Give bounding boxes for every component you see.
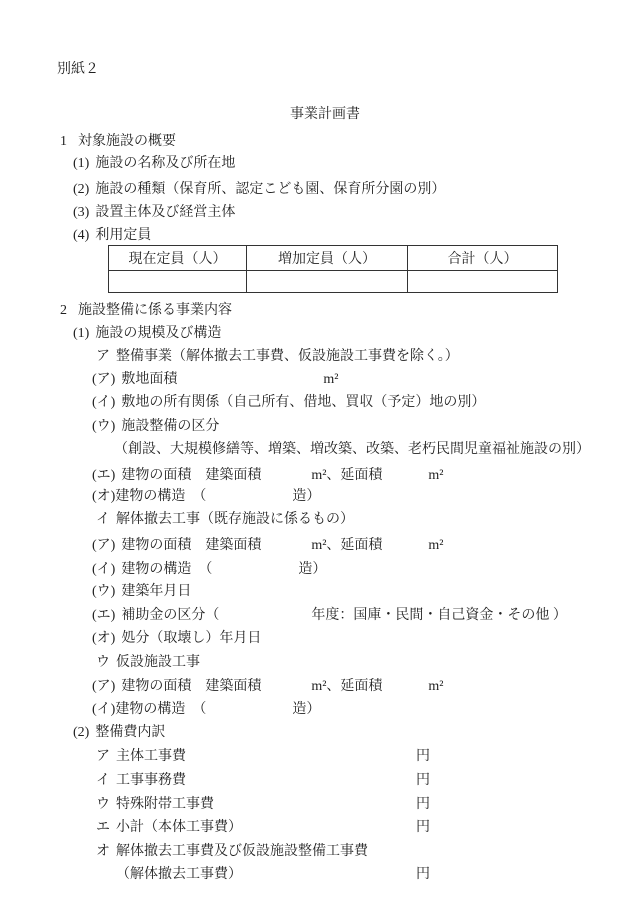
- cost-subtotal-label: 小計（本体工事費）: [116, 820, 242, 835]
- line-c-structure-close: 造）: [292, 702, 320, 717]
- group-c-heading: ウ仮設施設工事: [0, 653, 630, 673]
- line-b-subsidy-detail: 年度：国庫・民間・自己資金・その他 ）: [311, 608, 567, 623]
- capacity-col-current: 現在定員（人）: [109, 246, 247, 271]
- line-b-building-area-unit2: m²: [428, 538, 443, 553]
- capacity-cell-total: [408, 271, 558, 293]
- line-c-building-area-unit1: m²、延面積: [311, 679, 382, 694]
- cost-demolition-detail-unit: 円: [416, 865, 430, 885]
- section-1-title: 対象施設の概要: [78, 134, 176, 149]
- line-a-building-area-number: (エ): [92, 468, 115, 483]
- line-a-site-ownership-label: 敷地の所有関係（自己所有、借地、買収（予定）地の別）: [121, 395, 485, 410]
- line-b-subsidy-number: (エ): [92, 608, 115, 623]
- cost-special-incidental-marker: ウ: [96, 797, 110, 812]
- line-a-structure-number: (オ): [92, 489, 115, 504]
- line-a-building-area-unit2: m²: [428, 468, 443, 483]
- item-1-1-facility-name: (1)施設の名称及び所在地: [0, 154, 630, 174]
- line-a-site-area-number: (ア): [92, 372, 115, 387]
- cost-subtotal-unit: 円: [416, 818, 430, 838]
- capacity-table-value-row: [109, 271, 558, 293]
- line-a-structure-label: 建物の構造 （: [115, 489, 206, 504]
- line-b-disposal-date-label: 処分（取壊し）年月日: [121, 631, 261, 646]
- cost-special-incidental-label: 特殊附帯工事費: [116, 797, 214, 812]
- cost-main-construction: ア主体工事費円: [0, 747, 630, 767]
- section-2-number: 2: [60, 303, 67, 318]
- line-b-structure-label: 建物の構造 （: [121, 562, 212, 577]
- line-c-structure-number: (イ): [92, 702, 115, 717]
- item-2-2-cost-breakdown: (2)整備費内訳: [0, 723, 630, 743]
- line-a-site-ownership-number: (イ): [92, 395, 115, 410]
- line-a-building-area-label: 建物の面積 建築面積: [121, 468, 261, 483]
- line-b-built-date: (ウ)建築年月日: [0, 582, 630, 602]
- line-a-category-note: （創設、大規模修繕等、増築、増改築、改築、老朽民間児童福祉施設の別）: [0, 440, 630, 460]
- section-1-heading: 1対象施設の概要: [0, 132, 630, 152]
- item-2-2-label: 整備費内訳: [95, 725, 165, 740]
- line-c-structure-label: 建物の構造 （: [115, 702, 206, 717]
- cost-demolition-temp-marker: オ: [96, 844, 110, 859]
- group-c-marker: ウ: [96, 655, 110, 670]
- item-1-2-label: 施設の種類（保育所、認定こども園、保育所分園の別）: [95, 182, 445, 197]
- cost-main-construction-marker: ア: [96, 749, 110, 764]
- line-b-subsidy-label: 補助金の区分（: [121, 608, 219, 623]
- item-1-1-number: (1): [73, 156, 89, 171]
- line-b-disposal-date: (オ)処分（取壊し）年月日: [0, 629, 630, 649]
- section-2-heading: 2施設整備に係る事業内容: [0, 301, 630, 321]
- capacity-table-header-row: 現在定員（人） 増加定員（人） 合計（人）: [109, 246, 558, 271]
- document-title: 事業計画書: [0, 105, 630, 125]
- line-b-built-date-label: 建築年月日: [121, 584, 191, 599]
- line-a-site-area: (ア)敷地面積m²: [0, 370, 630, 390]
- section-1-number: 1: [60, 134, 67, 149]
- capacity-cell-current: [109, 271, 247, 293]
- line-b-structure-close: 造）: [298, 562, 326, 577]
- cost-main-construction-label: 主体工事費: [116, 749, 186, 764]
- item-2-1-scale-structure: (1)施設の規模及び構造: [0, 324, 630, 344]
- cost-office-expenses: イ工事事務費円: [0, 771, 630, 791]
- document-page: 別紙２ 事業計画書 1対象施設の概要 (1)施設の名称及び所在地 (2)施設の種…: [0, 0, 630, 915]
- item-1-3-label: 設置主体及び経営主体: [95, 205, 235, 220]
- line-b-building-area-number: (ア): [92, 538, 115, 553]
- cost-office-expenses-unit: 円: [416, 771, 430, 791]
- line-a-structure-close: 造）: [292, 489, 320, 504]
- line-a-category: (ウ)施設整備の区分: [0, 417, 630, 437]
- group-a-title: 整備事業（解体撤去工事費、仮設施設工事費を除く。）: [116, 349, 459, 364]
- capacity-col-increase: 増加定員（人）: [247, 246, 408, 271]
- item-1-4-label: 利用定員: [95, 228, 151, 243]
- line-a-site-ownership: (イ)敷地の所有関係（自己所有、借地、買収（予定）地の別）: [0, 393, 630, 413]
- line-a-building-area-unit1: m²、延面積: [311, 468, 382, 483]
- line-c-building-area-number: (ア): [92, 679, 115, 694]
- cost-demolition-temp-label: 解体撤去工事費及び仮設施設整備工事費: [116, 844, 368, 859]
- item-1-2-number: (2): [73, 182, 89, 197]
- cost-subtotal: エ小計（本体工事費）円: [0, 818, 630, 838]
- line-b-built-date-number: (ウ): [92, 584, 115, 599]
- line-b-building-area: (ア)建物の面積 建築面積m²、延面積m²: [0, 536, 630, 556]
- line-a-building-area: (エ)建物の面積 建築面積m²、延面積m²: [0, 466, 630, 486]
- line-b-disposal-date-number: (オ): [92, 631, 115, 646]
- cost-demolition-detail: （解体撤去工事費）円: [0, 865, 630, 885]
- cost-office-expenses-label: 工事事務費: [116, 773, 186, 788]
- line-b-structure: (イ)建物の構造 （造）: [0, 560, 630, 580]
- line-a-category-label: 施設整備の区分: [121, 419, 219, 434]
- item-1-4-capacity: (4)利用定員: [0, 226, 630, 246]
- capacity-col-total: 合計（人）: [408, 246, 558, 271]
- line-a-site-area-unit: m²: [323, 372, 338, 387]
- item-1-4-number: (4): [73, 228, 89, 243]
- line-a-structure: (オ)建物の構造 （造）: [0, 487, 630, 507]
- line-a-category-number: (ウ): [92, 419, 115, 434]
- cost-demolition-temp: オ解体撤去工事費及び仮設施設整備工事費: [0, 842, 630, 862]
- line-b-building-area-unit1: m²、延面積: [311, 538, 382, 553]
- line-a-category-note-text: （創設、大規模修繕等、増築、増改築、改築、老朽民間児童福祉施設の別）: [114, 442, 590, 457]
- line-c-building-area-label: 建物の面積 建築面積: [121, 679, 261, 694]
- line-a-site-area-label: 敷地面積: [121, 372, 177, 387]
- line-c-building-area: (ア)建物の面積 建築面積m²、延面積m²: [0, 677, 630, 697]
- document-title-text: 事業計画書: [290, 107, 360, 122]
- cost-special-incidental: ウ特殊附帯工事費円: [0, 795, 630, 815]
- line-b-structure-number: (イ): [92, 562, 115, 577]
- attachment-label-text: 別紙２: [57, 62, 99, 77]
- attachment-label: 別紙２: [0, 60, 630, 80]
- item-2-1-number: (1): [73, 326, 89, 341]
- line-b-building-area-label: 建物の面積 建築面積: [121, 538, 261, 553]
- cost-main-construction-unit: 円: [416, 747, 430, 767]
- capacity-cell-increase: [247, 271, 408, 293]
- item-2-2-number: (2): [73, 725, 89, 740]
- section-2-title: 施設整備に係る事業内容: [78, 303, 232, 318]
- line-c-structure: (イ)建物の構造 （造）: [0, 700, 630, 720]
- item-1-2-facility-type: (2)施設の種類（保育所、認定こども園、保育所分園の別）: [0, 180, 630, 200]
- cost-demolition-detail-label: （解体撤去工事費）: [116, 867, 242, 882]
- group-a-heading: ア整備事業（解体撤去工事費、仮設施設工事費を除く。）: [0, 347, 630, 367]
- group-b-title: 解体撤去工事（既存施設に係るもの）: [116, 512, 354, 527]
- item-1-1-label: 施設の名称及び所在地: [95, 156, 235, 171]
- group-b-marker: イ: [96, 512, 110, 527]
- line-c-building-area-unit2: m²: [428, 679, 443, 694]
- item-2-1-label: 施設の規模及び構造: [95, 326, 221, 341]
- group-b-heading: イ解体撤去工事（既存施設に係るもの）: [0, 510, 630, 530]
- group-c-title: 仮設施設工事: [116, 655, 200, 670]
- capacity-table: 現在定員（人） 増加定員（人） 合計（人）: [108, 245, 558, 293]
- item-1-3-operator: (3)設置主体及び経営主体: [0, 203, 630, 223]
- item-1-3-number: (3): [73, 205, 89, 220]
- cost-special-incidental-unit: 円: [416, 795, 430, 815]
- group-a-marker: ア: [96, 349, 110, 364]
- cost-office-expenses-marker: イ: [96, 773, 110, 788]
- cost-subtotal-marker: エ: [96, 820, 110, 835]
- line-b-subsidy: (エ)補助金の区分（年度：国庫・民間・自己資金・その他 ）: [0, 606, 630, 626]
